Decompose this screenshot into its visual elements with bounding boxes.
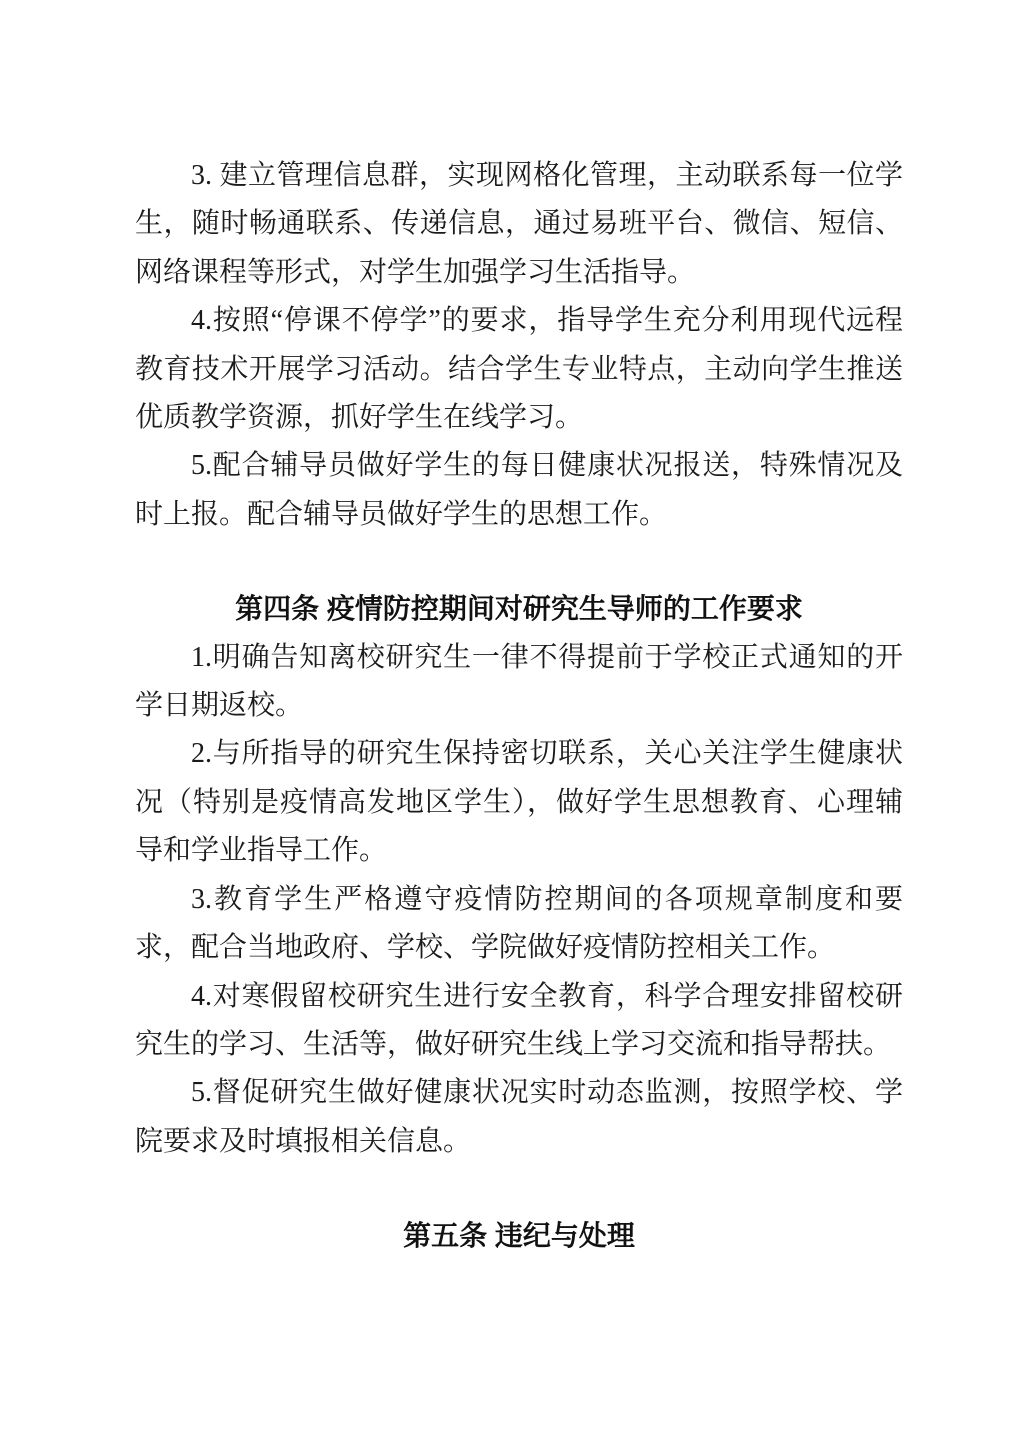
- article3-list-item-5: 5.配合辅导员做好学生的每日健康状况报送，特殊情况及时上报。配合辅导员做好学生的…: [135, 442, 903, 539]
- article4-list-item-3: 3.教育学生严格遵守疫情防控期间的各项规章制度和要求，配合当地政府、学校、学院做…: [135, 876, 903, 973]
- article5-heading: 第五条 违纪与处理: [135, 1212, 903, 1260]
- document-body: 3. 建立管理信息群，实现网格化管理，主动联系每一位学生，随时畅通联系、传递信息…: [135, 152, 903, 1261]
- document-page: 3. 建立管理信息群，实现网格化管理，主动联系每一位学生，随时畅通联系、传递信息…: [0, 0, 1024, 1448]
- article4-list-item-5: 5.督促研究生做好健康状况实时动态监测，按照学校、学院要求及时填报相关信息。: [135, 1069, 903, 1166]
- article3-list-item-4: 4.按照“停课不停学”的要求，指导学生充分利用现代远程教育技术开展学习活动。结合…: [135, 297, 903, 442]
- article4-heading: 第四条 疫情防控期间对研究生导师的工作要求: [135, 585, 903, 633]
- article4-list-item-4: 4.对寒假留校研究生进行安全教育，科学合理安排留校研究生的学习、生活等，做好研究…: [135, 973, 903, 1070]
- article4-list-item-1: 1.明确告知离校研究生一律不得提前于学校正式通知的开学日期返校。: [135, 634, 903, 731]
- article4-list-item-2: 2.与所指导的研究生保持密切联系，关心关注学生健康状况（特别是疫情高发地区学生）…: [135, 730, 903, 875]
- article3-list-item-3: 3. 建立管理信息群，实现网格化管理，主动联系每一位学生，随时畅通联系、传递信息…: [135, 152, 903, 297]
